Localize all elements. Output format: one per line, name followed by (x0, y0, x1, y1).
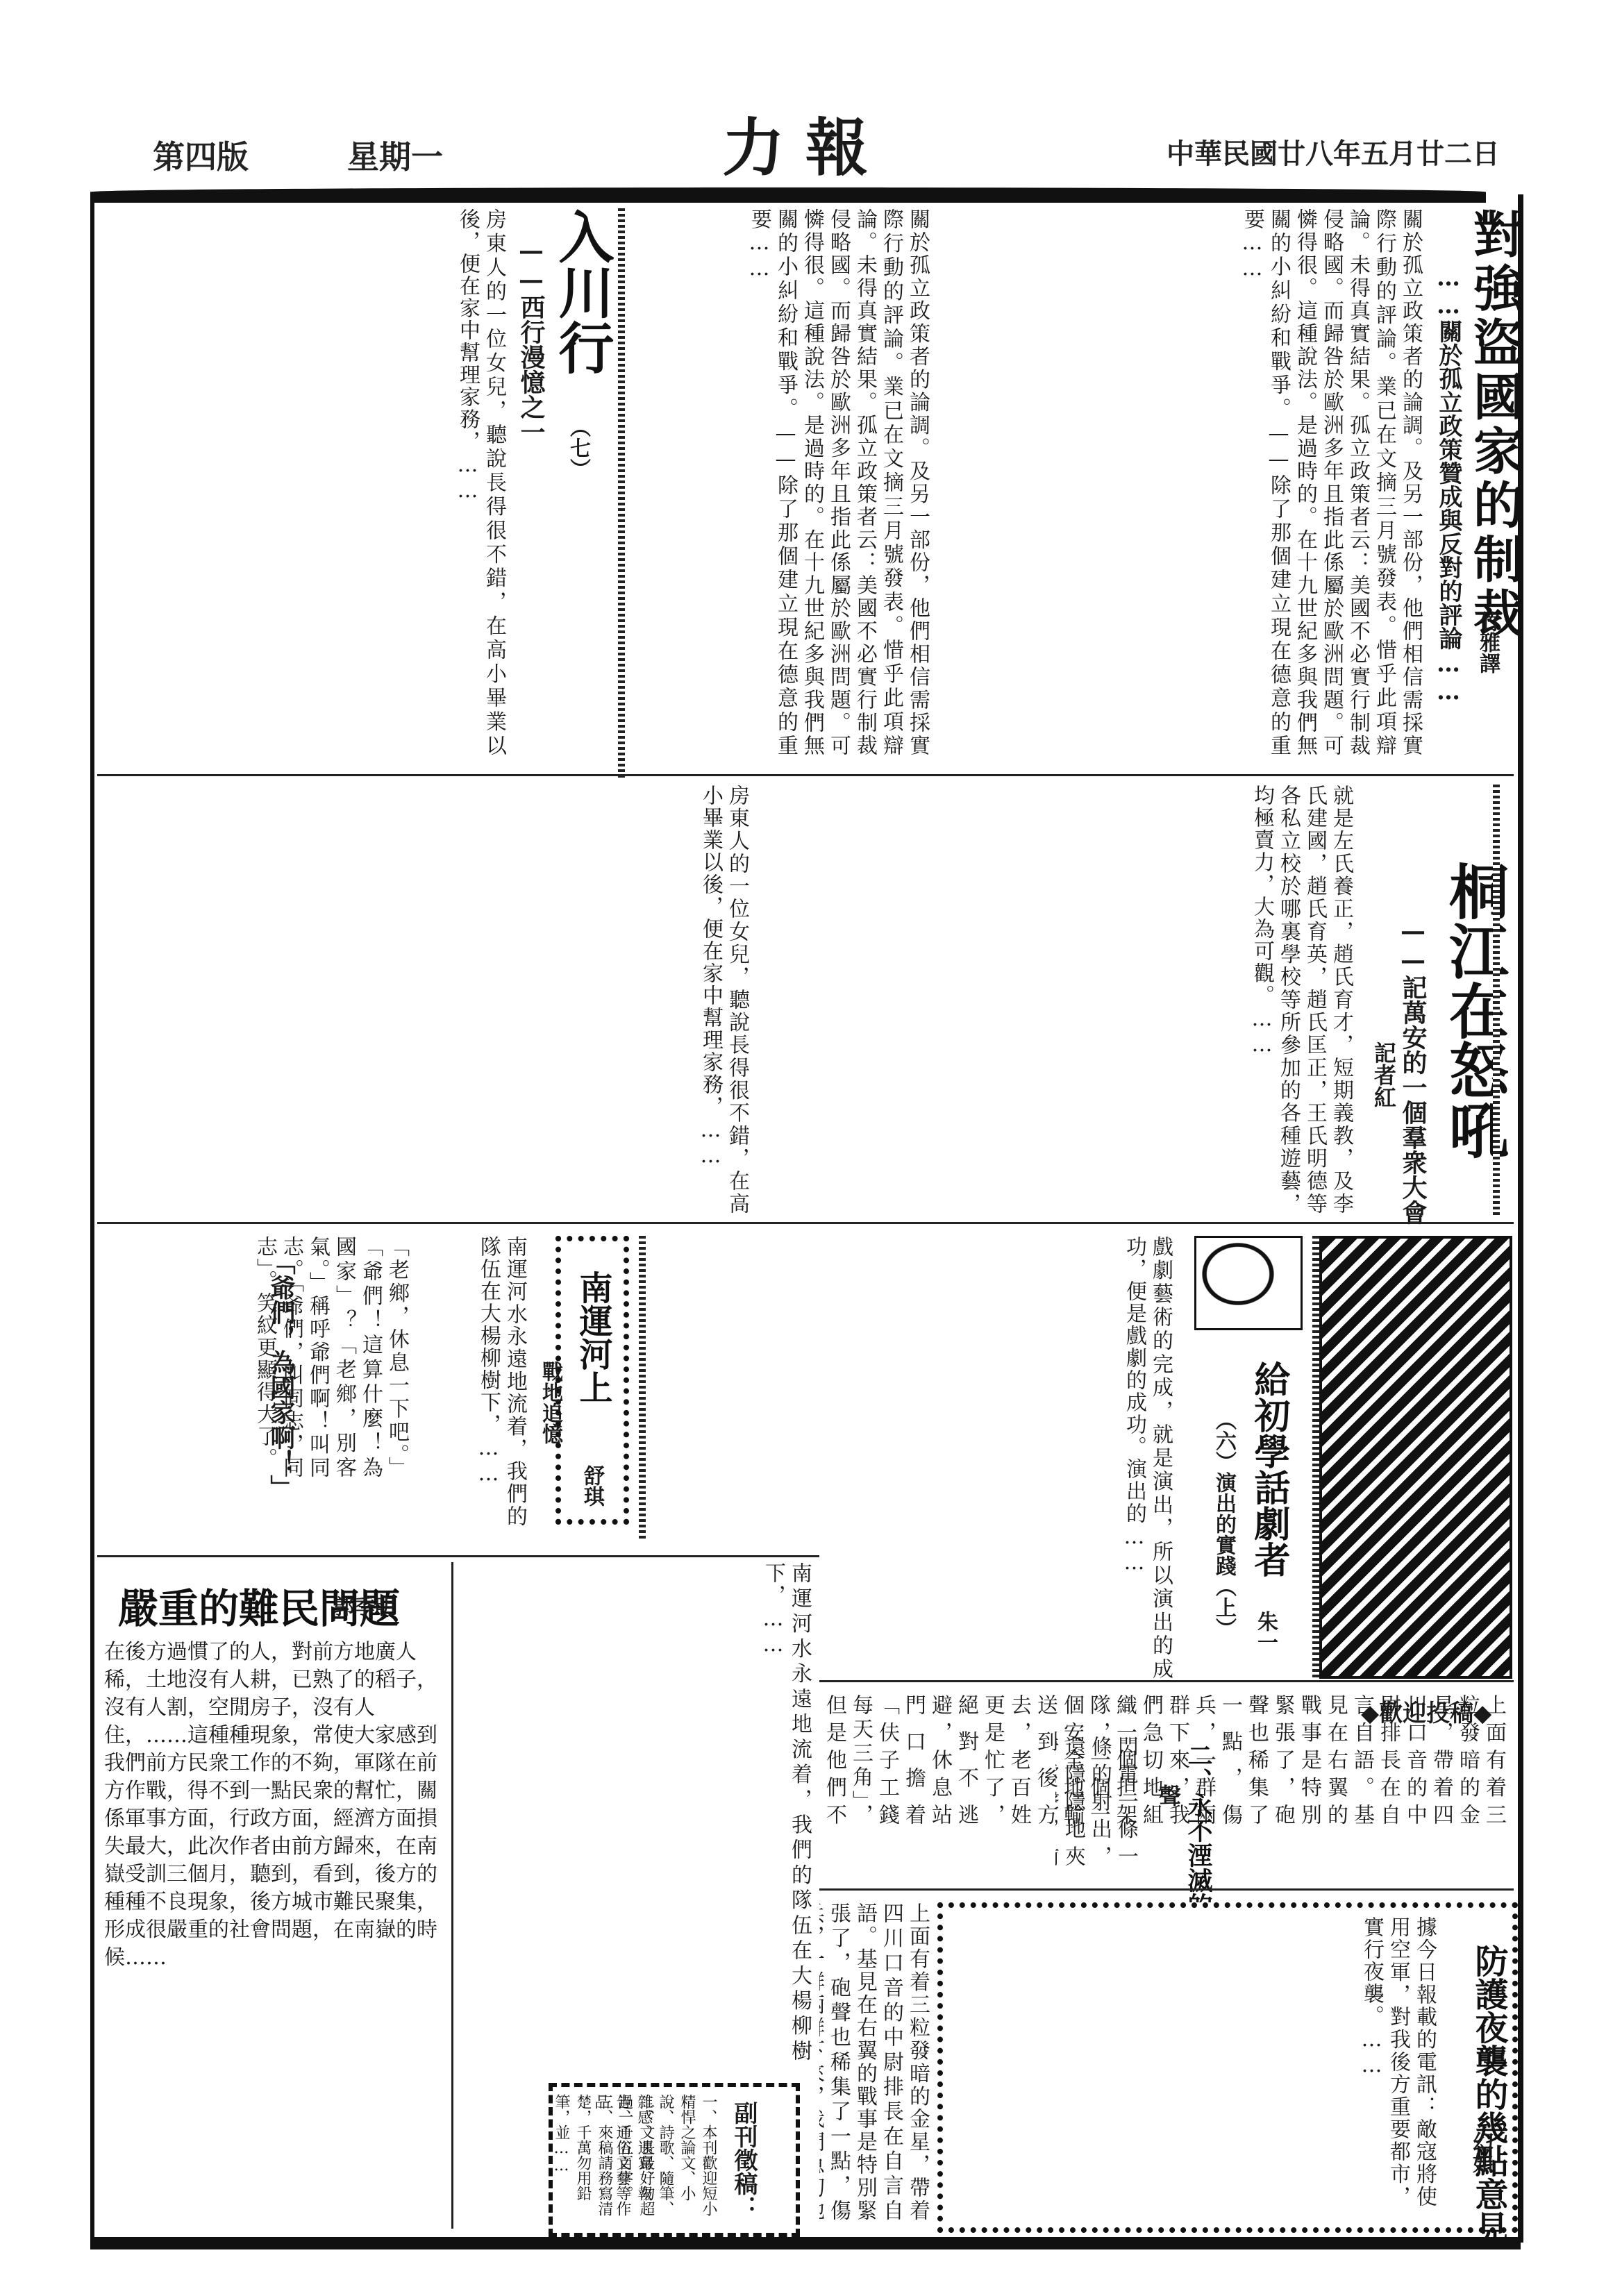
headline-night-raid: 防護夜襲的幾點意見 (1465, 1944, 1513, 2244)
masthead-rule (90, 187, 1486, 203)
article-body-refugees: 在後方過慣了的人，對前方地廣人稀，土地沒有人耕，已熟了的稻子，沒有人割，空閒房子… (104, 1639, 444, 2222)
subhead-tongjiang: ——記萬安的一個羣衆大會 (1396, 916, 1431, 1225)
portrait-illustration-icon (1194, 1236, 1303, 1330)
article-body-guerrilla-cont: 上面有着三粒發暗的金星，帶着四川口音的中尉排長在自言自語。基見在右翼的戰事是特別… (819, 1902, 930, 2222)
article-body-tongjiang: 就是左氏養正，趙氏育才，短期義教，及李氏建國，趙氏育英，趙氏匡正，王氏明德等各私… (764, 785, 1354, 1215)
call-item-2: 二、文長最好勿超過一千五百字。 (614, 2094, 657, 2226)
section-divider (819, 1680, 1514, 1682)
article-body-sanctions-cont: 關於孤立政策者的論調。及另一部份，他們相信需採實際行動的評論。業已在文摘三月號發… (625, 208, 930, 757)
installment-number: （七） (562, 417, 593, 479)
headline-into-sichuan: 入川行 (542, 208, 621, 375)
byline-refugees: 郭季明 (333, 1590, 396, 1620)
article-body-night-raid: 據今日報載的電訊：敵寇將使用空軍，對我後方重要都市，實行夜襲。…… (951, 1916, 1437, 2208)
subhead-eternal-song: 聲 (1153, 1784, 1185, 1807)
headline-tongjiang: 桐江在怒吼 (1430, 861, 1516, 1159)
headline-sanctions: 對強盜國家的制裁 (1458, 208, 1530, 642)
byline-tongjiang: 記者紅 (1368, 1041, 1400, 1108)
wavy-divider (639, 1236, 646, 1541)
call-item-3: 三、來稿請務寫清楚，千萬勿用鉛筆，並…… (551, 2094, 615, 2226)
article-body-sanctions: 關於孤立政策者的論調。及另一部份，他們相信需採實際行動的評論。業已在文摘三月號發… (944, 208, 1423, 757)
page-bottom-rule (90, 2237, 1521, 2249)
byline-canal: 舒琪 (576, 1465, 607, 1507)
subhead-into-sichuan: ——西行漫憶之一 (514, 236, 549, 444)
page-frame-left (90, 194, 94, 2243)
section-divider (819, 1888, 1514, 1891)
headline-drama: 給初學話劇者 (1243, 1361, 1295, 1577)
byline-sanctions: 竹雅譯 (1472, 611, 1503, 673)
subhead-sanctions: ……關於孤立政策贊成與反對的評論…… (1432, 264, 1466, 705)
article-body-yemen: 「老鄉，休息一下吧。」「爺們！這算什麼！為國家」？「老鄉，別客氣。」稱呼爺們啊！… (104, 1236, 410, 1479)
weekday: 星期一 (347, 132, 443, 178)
byline-drama: 朱一 (1250, 1611, 1280, 1652)
section-divider-upper (97, 774, 1514, 776)
call-for-submissions-title: 副刊徵稿： (727, 2101, 761, 2219)
wavy-divider (1493, 785, 1500, 1215)
publication-date: 中華民國廿八年五月廿二日 (1167, 132, 1500, 171)
section-divider-middle (97, 1222, 1514, 1224)
subhead-drama: （六）演出的實踐（上） (1208, 1409, 1239, 1639)
subhead-yemen: 「爺們，為國家啊！」 (264, 1250, 299, 1500)
byline-night-raid: 幻如 (1465, 2131, 1496, 2173)
page-number: 第四版 (153, 132, 249, 178)
masthead-title: 力報 (722, 97, 889, 187)
headline-canal: 南運河上 (569, 1271, 617, 1404)
section-divider-lower-left (97, 1555, 819, 1557)
article-body-canal-cont: 南運河水永遠地流着，我們的隊伍在大楊柳樹下，…… (465, 1562, 812, 2062)
article-body-into-sichuan: 房東人的一位女兒，聽說長得很不錯，在高小畢業以後，便在家中幫理家務，…… (104, 208, 507, 757)
article-body-eternal-song: 閃電一條一條的射出，還隱隱地夾着雷聲，前方的砲聲也和雷聲節奏起來，我…… (1055, 1736, 1139, 1868)
wavy-divider (1312, 1236, 1319, 1680)
column-divider (451, 1562, 453, 2229)
article-body-continued: 房東人的一位女兒，聽說長得很不錯，在高小畢業以後，便在家中幫理家務，…… (104, 785, 750, 1215)
call-for-submissions-box: 副刊徵稿： 一、本刊歡迎短小精悍之論文、小說、詩歌、隨筆、雜感、速寫、報告、通俗… (549, 2083, 800, 2237)
subhead-canal: 戰地追憶 (535, 1361, 565, 1444)
article-body-canal: 南運河水永遠地流着，我們的隊伍在大楊柳樹下，…… (417, 1236, 528, 1527)
woodcut-illustration-icon (1319, 1236, 1512, 1679)
